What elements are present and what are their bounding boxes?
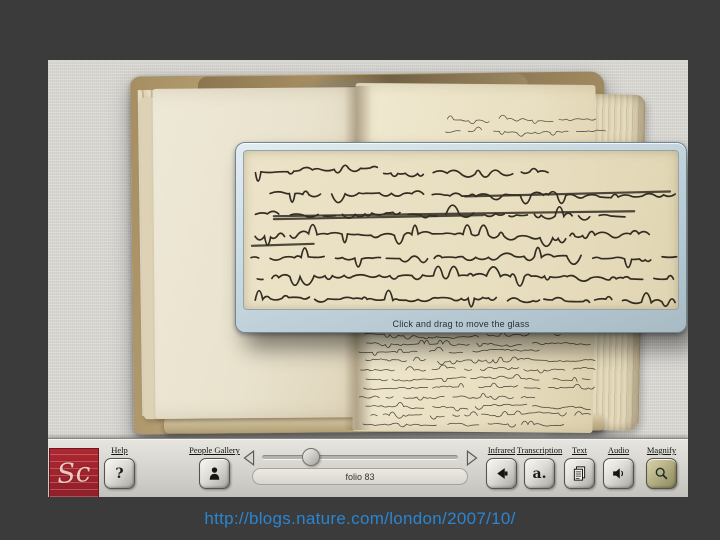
folio-indicator: folio 83	[252, 468, 468, 485]
society-logo-monogram: Sc	[56, 456, 92, 489]
society-logo: Sc	[49, 448, 99, 497]
magnifying-glass-icon	[654, 466, 669, 481]
strikethrough-marks	[252, 191, 670, 245]
manuscript-viewer-window: Click and drag to move the glass Sc Help…	[48, 60, 688, 497]
text-button[interactable]	[564, 458, 595, 489]
infrared-button[interactable]	[486, 458, 517, 489]
left-triangle-icon	[242, 450, 256, 466]
magnified-handwriting	[244, 151, 678, 309]
previous-folio-arrow[interactable]	[242, 450, 256, 466]
magnify-button[interactable]	[646, 458, 677, 489]
people-gallery-button[interactable]	[199, 458, 230, 489]
help-button[interactable]: ?	[104, 458, 135, 489]
magnify-label: Magnify	[647, 445, 676, 455]
glass-caption: Click and drag to move the glass	[236, 319, 686, 329]
letter-a-icon: a.	[533, 467, 547, 481]
folio-slider-track[interactable]	[262, 455, 458, 460]
right-triangle-icon	[465, 450, 479, 466]
audio-button[interactable]	[603, 458, 634, 489]
folio-slider-thumb[interactable]	[302, 448, 320, 466]
presentation-slide: Click and drag to move the glass Sc Help…	[0, 0, 720, 540]
screenshot-root: { "slide": { "caption_url": "http://blog…	[0, 0, 720, 540]
source-url-link[interactable]: http://blogs.nature.com/london/2007/10/	[0, 509, 720, 529]
infrared-lamp-icon	[494, 466, 509, 481]
help-label: Help	[111, 445, 128, 455]
magnified-manuscript-view	[243, 150, 679, 310]
audio-label: Audio	[608, 445, 629, 455]
folio-indicator-label: folio 83	[345, 472, 374, 482]
person-icon	[207, 466, 222, 481]
text-label: Text	[572, 445, 587, 455]
document-icon	[572, 466, 587, 481]
handwriting-top-lines	[440, 110, 608, 140]
transcription-button[interactable]: a.	[524, 458, 555, 489]
transcription-label: Transcription	[517, 445, 563, 455]
speaker-icon	[611, 466, 626, 481]
viewer-toolbar: Sc Help ? People Gallery	[48, 438, 688, 497]
magnifier-glass-overlay[interactable]: Click and drag to move the glass	[235, 142, 687, 333]
question-mark-icon: ?	[115, 467, 123, 481]
people-gallery-label: People Gallery	[189, 445, 240, 455]
next-folio-arrow[interactable]	[465, 450, 479, 466]
handwriting-lower-paragraphs	[356, 328, 594, 432]
infrared-label: Infrared	[488, 445, 515, 455]
